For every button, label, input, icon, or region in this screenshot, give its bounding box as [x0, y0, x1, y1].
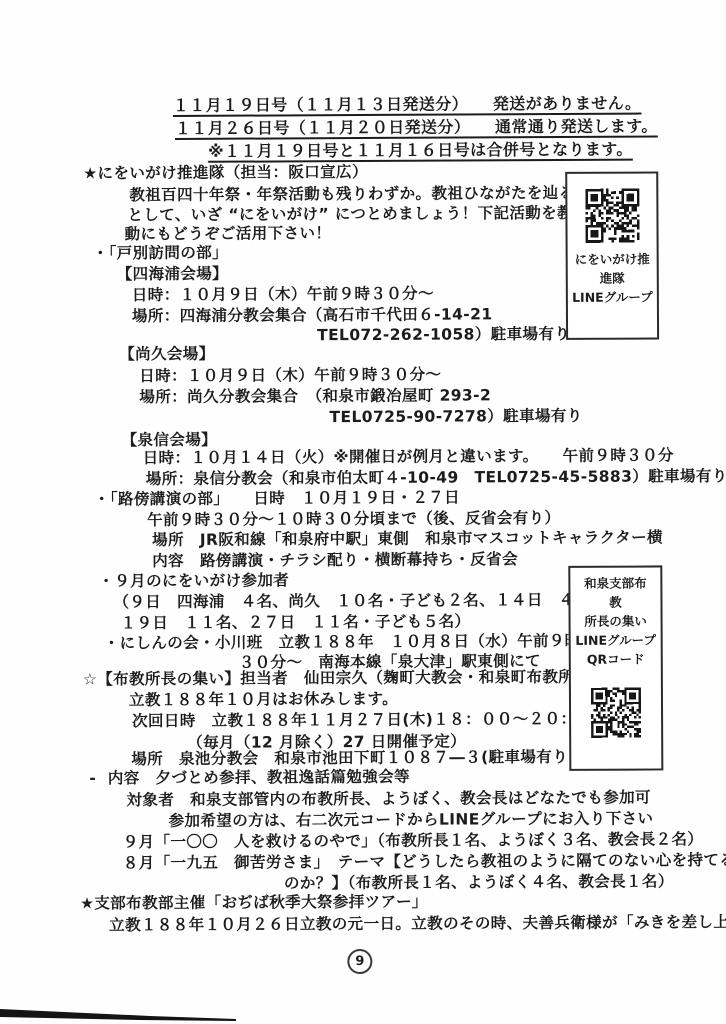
venue-shikaiura-title: 【四海浦会場】: [117, 265, 228, 285]
fukyosho-section-header: ☆【布教所長の集い】担当者 仙田宗久（麹町大教会・和泉町布教所長）: [83, 668, 606, 690]
qr-code-icon: [585, 187, 639, 245]
september-participants-line-2: １９日 １１名、２７日 １１名・子ども５名）: [121, 612, 471, 633]
venue-shokyu-place: 場所：尚久分教会集合 （和泉市鍛冶屋町 293-2: [139, 386, 491, 407]
fukyosho-target: 対象者 和泉支部管内の布教所長、ようぼく、教会長はどなたでも参加可: [126, 788, 651, 810]
page-number: 9: [347, 949, 372, 974]
september-participants-line-1: （９日 四海浦 ４名、尚久 １０名・子ども２名、１４日 ４名、: [113, 591, 606, 613]
roadside-speech-time: 午前９時３０分～１０時３０分頃まで（後、反省会有り）: [147, 509, 561, 531]
qr-box-niwoigake: にをいがけ推 進隊 LINEグループ: [565, 171, 659, 339]
qr-box-niwoigake-label-3: LINEグループ: [568, 287, 657, 306]
niwoigake-section-header: ★にをいがけ推進隊（担当：阪口宣広）: [83, 163, 368, 184]
roadside-speech-content: 内容 路傍講演・チラシ配り・横断幕持ち・反省会: [152, 550, 518, 571]
qr-box-fukyosho-label-4: LINEグループ: [571, 630, 661, 649]
qr-box-niwoigake-label-2: 進隊: [568, 268, 657, 287]
qr-code-icon: [591, 685, 641, 741]
venue-shokyu-tel: TEL0725-90-7278）駐車場有り: [329, 407, 582, 428]
tour-body-line-1: 立教１８８年１０月２６日立教の元一日。立教のその時、夫善兵衛様が「みきを差し上げ: [109, 913, 726, 936]
niwoigake-intro-line-2: として、いざ “にをいがけ” につとめましょう！下記活動を教会活: [127, 204, 604, 226]
fukyosho-september-report: ９月「一〇〇 人を救けるのやで」（布教所長１名、ようぼく３名、教会長２名）: [123, 830, 704, 852]
venue-shikaiura-datetime: 日時：１０月９日（木）午前９時３０分～: [132, 285, 434, 306]
fukyosho-august-report-line-2: のか？】（布教所長１名、ようぼく４名、教会長１名）: [284, 872, 674, 893]
page-number-value: 9: [355, 954, 364, 969]
venue-sensin-place: 場所：泉信分教会（和泉市伯太町４-10-49 TEL0725-45-5883）駐…: [146, 467, 726, 489]
qr-box-fukyosho: 和泉支部布 教 所長の集い LINEグループ QRコード: [568, 565, 663, 770]
venue-sensin-datetime: 日時：１０月１４日（火）※開催日が例月と違います。 午前９時３０分: [143, 446, 674, 468]
roadside-speech-title: ・「路傍講演の部」 日時 １０月１９日・２７日: [94, 488, 460, 509]
fukyosho-place: 場所 泉池分教会 和泉市池田下町１０８７―３(駐車場有ります): [131, 748, 607, 770]
fukyosho-rest-notice: 立教１８８年１０月はお休みします。: [129, 690, 398, 711]
niwoigake-intro-line-1: 教祖百四十年祭・年祭活動も残りわずか。教祖ひながたを辿る一つ: [129, 184, 606, 206]
fukyosho-august-report-line-1: ８月「一九五 御苦労さま」 テーマ【どうしたら教祖のように隔てのない心を持てる: [123, 851, 726, 874]
roadside-speech-place: 場所 JR阪和線「和泉府中駅」東側 和泉市マスコットキャラクター横: [152, 528, 663, 550]
nishin-no-kai-line-1: ・にしんの会・小川班 立教１８８年 １０月８日（水）午前９時: [104, 632, 581, 654]
notice-line-3: ※１１月１９日号と１１月１６日号は合併号となります。: [208, 140, 633, 162]
notice-line-2: １１月２６日号（１１月２０日発送分） 通常通り発送します。: [175, 116, 658, 139]
fukyosho-content: - 内容 夕づとめ参拝、教祖逸話篇勉強会等: [89, 768, 410, 789]
qr-box-fukyosho-label-1: 和泉支部布: [570, 573, 660, 592]
qr-box-fukyosho-label-3: 所長の集い: [571, 611, 661, 630]
venue-shikaiura-tel: TEL072-262-1058）駐車場有り: [317, 325, 570, 346]
notice-line-1: １１月１９日号（１１月１３日発送分） 発送がありません。: [173, 94, 642, 116]
scanned-newsletter-page: １１月１９日号（１１月１３日発送分） 発送がありません。 １１月２６日号（１１月…: [0, 0, 726, 1024]
fukyosho-next-datetime: 次回日時 立教１８８年１１月２７日(木)１８：００～２０：００: [132, 710, 608, 732]
venue-sensin-title: 【泉信会場】: [122, 431, 218, 451]
qr-box-niwoigake-label-1: にをいがけ推: [568, 249, 657, 268]
niwoigake-intro-line-3: 動にもどうぞご活用下さい！: [124, 224, 331, 244]
door-to-door-title: ・「戸別訪問の部」: [93, 244, 228, 264]
qr-box-fukyosho-label-2: 教: [570, 592, 660, 611]
venue-shikaiura-place: 場所：四海浦分教会集合（高石市千代田６-14-21: [132, 305, 493, 326]
venue-shokyu-datetime: 日時：１０月９日（木）午前９時３０分～: [139, 366, 441, 387]
page-content: １１月１９日号（１１月１３日発送分） 発送がありません。 １１月２６日号（１１月…: [0, 0, 726, 1024]
fukyosho-join-instruction: 参加希望の方は、右二次元コードからLINEグループにお入り下さい: [169, 809, 654, 831]
september-participants-title: ・９月のにをいがけ参加者: [98, 571, 289, 591]
venue-shokyu-title: 【尚久会場】: [119, 345, 215, 365]
qr-box-fukyosho-label-5: QRコード: [571, 649, 661, 668]
tour-section-header: ★支部布教部主催「おぢば秋季大祭参拝ツアー」: [80, 893, 428, 914]
